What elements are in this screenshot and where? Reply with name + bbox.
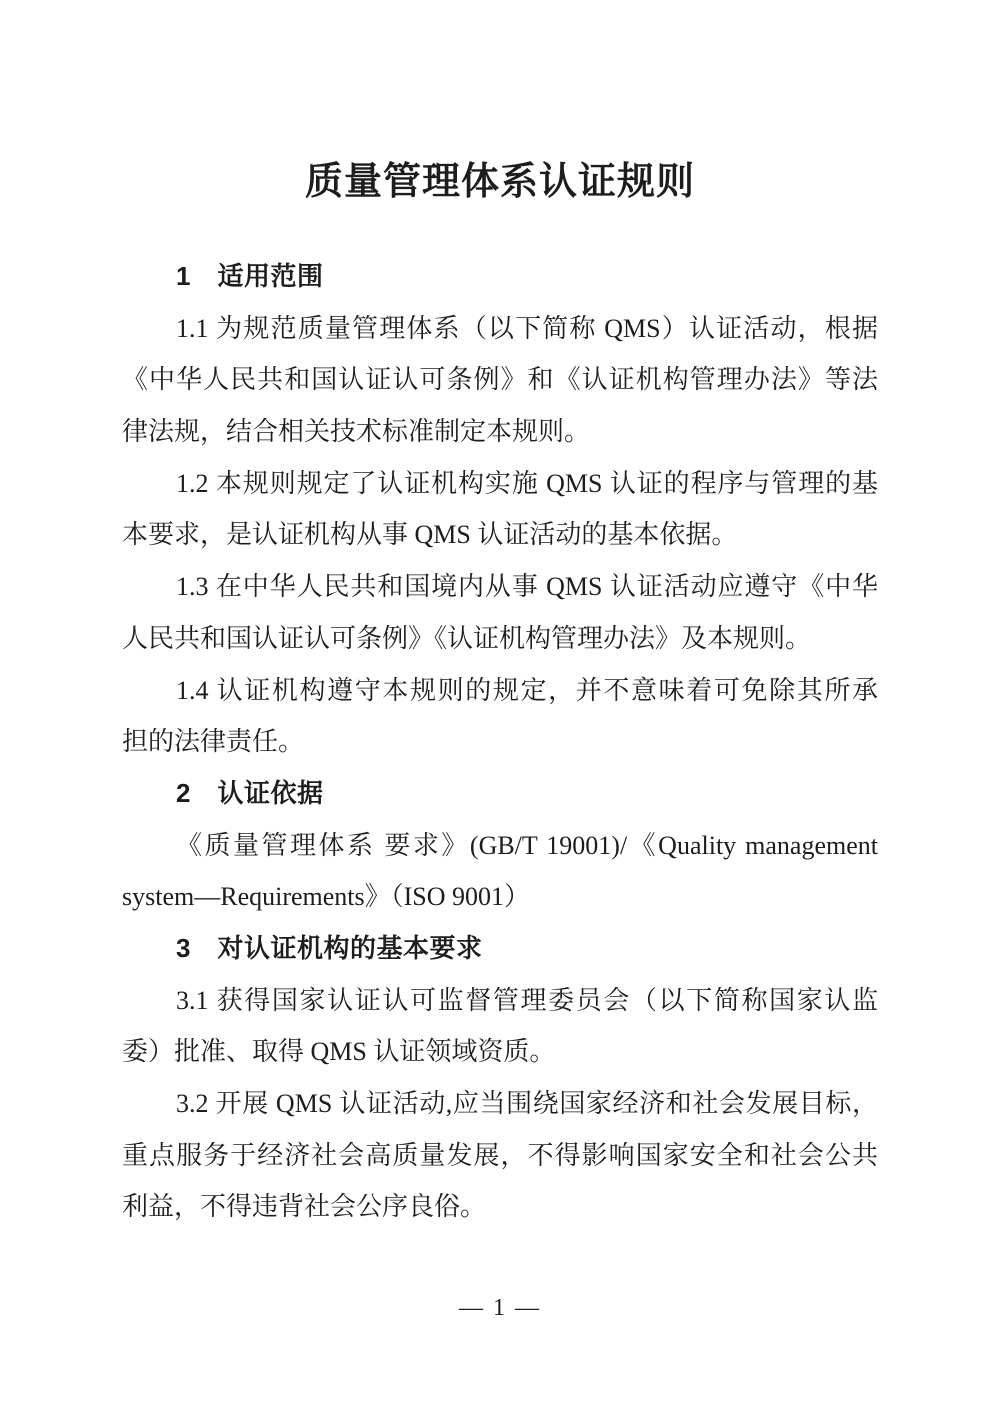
text-line: 《中华人民共和国认证认可条例》和《认证机构管理办法》等法 [122,354,878,406]
text-line: 本要求，是认证机构从事 QMS 认证活动的基本依据。 [122,509,878,561]
text-line: 律法规，结合相关技术标准制定本规则。 [122,406,878,458]
text-line: system—Requirements》（ISO 9001） [122,871,878,923]
document-title: 质量管理体系认证规则 [0,158,1000,206]
section-heading: 1 适用范围 [122,251,878,303]
page-number: — 1 — [0,1295,1000,1322]
text-line: 1.4 认证机构遵守本规则的规定，并不意味着可免除其所承 [122,665,878,717]
text-line: 1.1 为规范质量管理体系（以下简称 QMS）认证活动，根据 [122,303,878,355]
document-body: 1 适用范围1.1 为规范质量管理体系（以下简称 QMS）认证活动，根据《中华人… [122,251,878,1233]
text-line: 重点服务于经济社会高质量发展，不得影响国家安全和社会公共 [122,1130,878,1182]
text-line: 3.2 开展 QMS 认证活动,应当围绕国家经济和社会发展目标， [122,1078,878,1130]
text-line: 3.1 获得国家认证认可监督管理委员会（以下简称国家认监 [122,975,878,1027]
text-line: 1.3 在中华人民共和国境内从事 QMS 认证活动应遵守《中华 [122,561,878,613]
text-line: 1.2 本规则规定了认证机构实施 QMS 认证的程序与管理的基 [122,458,878,510]
text-line: 人民共和国认证认可条例》《认证机构管理办法》及本规则。 [122,613,878,665]
text-line: 委）批准、取得 QMS 认证领域资质。 [122,1026,878,1078]
document-page: 质量管理体系认证规则 1 适用范围1.1 为规范质量管理体系（以下简称 QMS）… [0,0,1000,1414]
text-line: 利益，不得违背社会公序良俗。 [122,1181,878,1233]
section-heading: 3 对认证机构的基本要求 [122,923,878,975]
section-heading: 2 认证依据 [122,768,878,820]
text-line: 《质量管理体系 要求》(GB/T 19001)/《Quality managem… [122,820,878,872]
text-line: 担的法律责任。 [122,716,878,768]
